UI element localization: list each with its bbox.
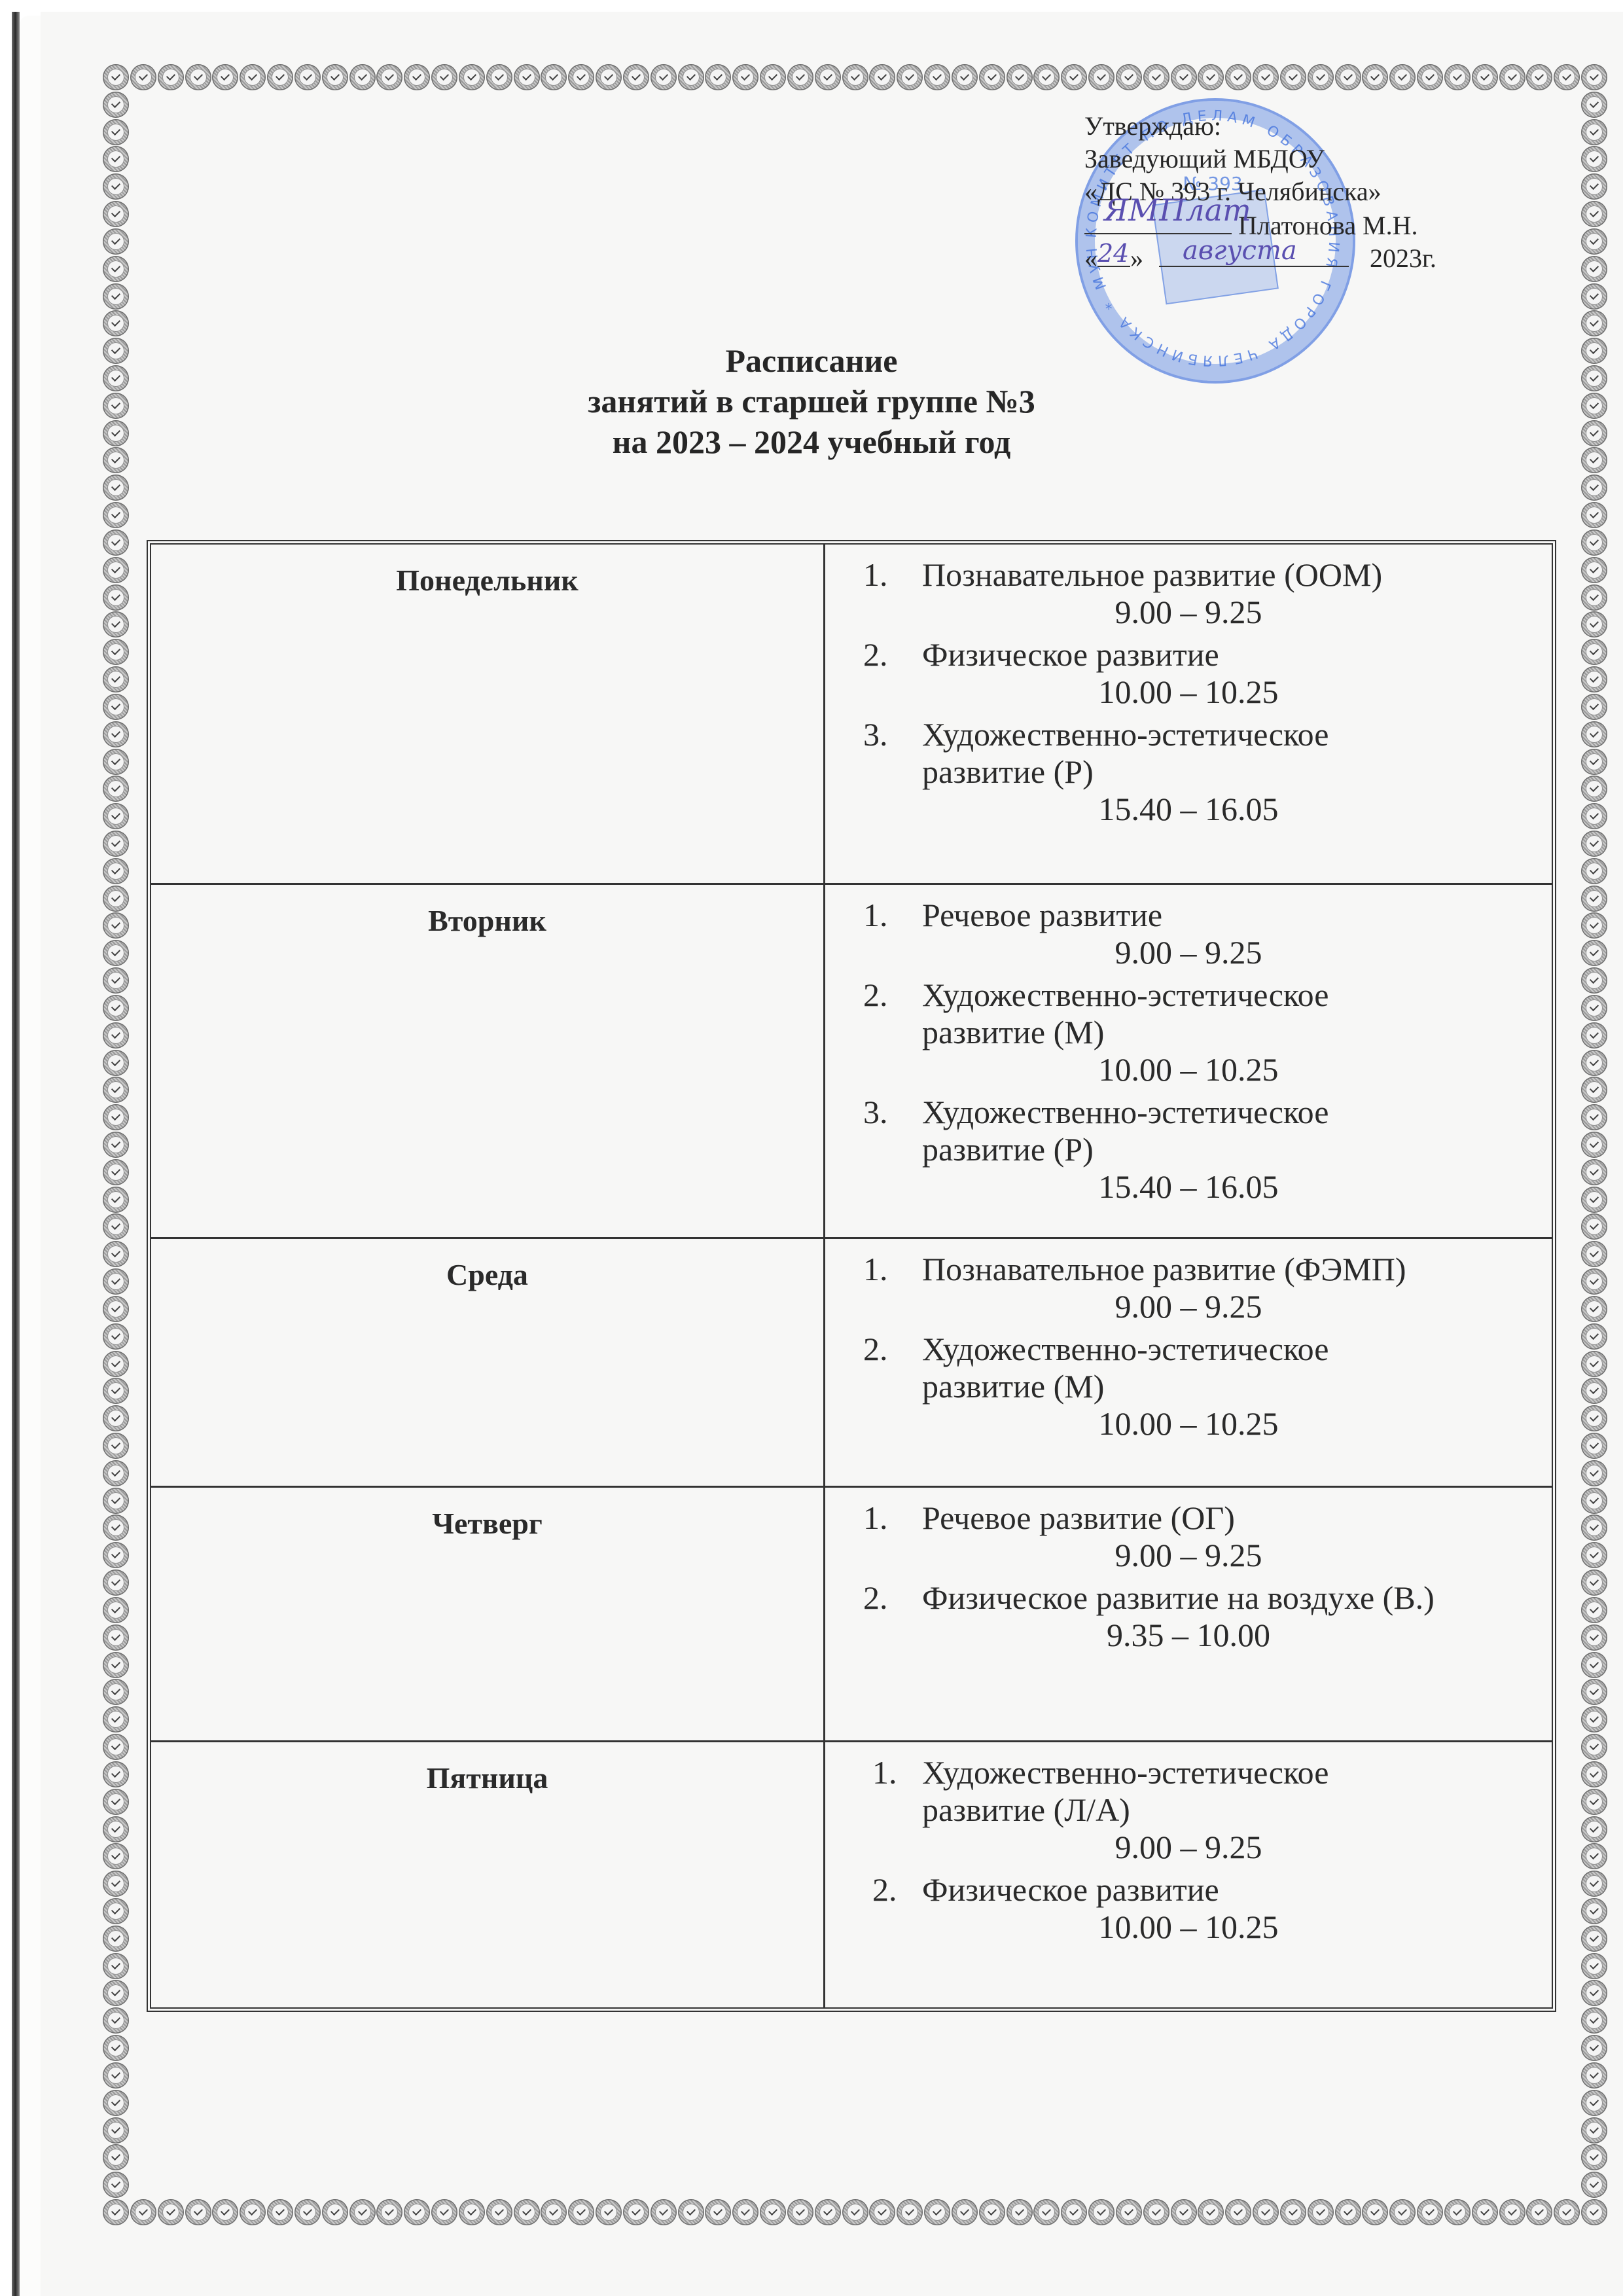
lesson-number: 1. [825, 1499, 922, 1537]
signature-line: ЯМПлат Платонова М.Н. [1084, 208, 1556, 241]
lesson-time: 10.00 – 10.25 [825, 1405, 1552, 1443]
lesson-number: 2. [825, 1331, 922, 1368]
lesson-item: 2.Физическое развитие10.00 – 10.25 [825, 1871, 1552, 1946]
lesson-item: 3.Художественно-эстетическоеразвитие (Р)… [825, 1094, 1552, 1206]
lesson-number: 1. [825, 1251, 922, 1288]
lesson-subject: Художественно-эстетическое [922, 1094, 1552, 1131]
lesson-time: 9.00 – 9.25 [825, 1537, 1552, 1574]
lesson-subject: развитие (М) [922, 1368, 1552, 1405]
lesson-time: 9.00 – 9.25 [825, 1829, 1552, 1866]
lesson-item: 1.Речевое развитие (ОГ)9.00 – 9.25 [825, 1499, 1552, 1574]
approval-date: «» 24 августа 2023г. [1084, 241, 1556, 274]
day-name: Четверг [151, 1488, 825, 1740]
lesson-subject: развитие (Р) [922, 1131, 1552, 1168]
day-name: Вторник [151, 885, 825, 1237]
lesson-number: 2. [825, 1579, 922, 1617]
schedule-row: Четверг1.Речевое развитие (ОГ)9.00 – 9.2… [151, 1486, 1552, 1740]
lessons-cell: 1.Познавательное развитие (ООМ)9.00 – 9.… [825, 545, 1552, 883]
lessons-cell: 1.Речевое развитие9.00 – 9.252.Художеств… [825, 885, 1552, 1237]
day-name: Понедельник [151, 545, 825, 883]
day-name: Пятница [151, 1742, 825, 2007]
lesson-subject: развитие (Л/А) [922, 1791, 1552, 1829]
lesson-subject: развитие (М) [922, 1014, 1552, 1051]
lessons-cell: 1.Познавательное развитие (ФЭМП)9.00 – 9… [825, 1239, 1552, 1486]
lesson-item: 1.Познавательное развитие (ООМ)9.00 – 9.… [825, 556, 1552, 631]
lesson-number [825, 1014, 922, 1051]
lesson-item: 2.Художественно-эстетическоеразвитие (М)… [825, 1331, 1552, 1443]
lesson-number: 2. [825, 1871, 922, 1909]
lesson-subject: Речевое развитие [922, 897, 1552, 934]
lesson-number: 1. [825, 1754, 922, 1791]
lesson-subject: Художественно-эстетическое [922, 977, 1552, 1014]
approver-position: Заведующий МБДОУ [1084, 143, 1556, 175]
lesson-time: 9.00 – 9.25 [825, 1288, 1552, 1325]
schedule-row: Понедельник1.Познавательное развитие (ОО… [151, 545, 1552, 883]
approval-block: Утверждаю: Заведующий МБДОУ «ДС № 393 г.… [1084, 110, 1556, 274]
lesson-time: 10.00 – 10.25 [825, 1909, 1552, 1946]
lesson-item: 3.Художественно-эстетическоеразвитие (Р)… [825, 716, 1552, 828]
lesson-item: 1.Речевое развитие9.00 – 9.25 [825, 897, 1552, 971]
schedule-row: Среда1.Познавательное развитие (ФЭМП)9.0… [151, 1237, 1552, 1486]
lesson-time: 9.00 – 9.25 [825, 934, 1552, 971]
lesson-item: 2.Физическое развитие на воздухе (В.)9.3… [825, 1579, 1552, 1654]
lesson-time: 9.35 – 10.00 [825, 1617, 1552, 1654]
lesson-subject: Физическое развитие [922, 636, 1552, 673]
lesson-item: 2.Физическое развитие10.00 – 10.25 [825, 636, 1552, 711]
title-line-2: занятий в старшей группе №3 [0, 381, 1623, 422]
day-name: Среда [151, 1239, 825, 1486]
handwritten-day: 24 [1097, 237, 1129, 270]
lesson-subject: Физическое развитие на воздухе (В.) [922, 1579, 1552, 1617]
lesson-number [825, 753, 922, 791]
lesson-time: 15.40 – 16.05 [825, 1168, 1552, 1206]
handwritten-signature: ЯМПлат [1104, 194, 1251, 226]
title-line-3: на 2023 – 2024 учебный год [0, 422, 1623, 462]
lesson-number: 3. [825, 716, 922, 753]
lesson-subject: развитие (Р) [922, 753, 1552, 791]
lesson-number: 2. [825, 977, 922, 1014]
lesson-number: 1. [825, 556, 922, 594]
lesson-subject: Познавательное развитие (ООМ) [922, 556, 1552, 594]
handwritten-month: августа [1183, 234, 1297, 267]
lesson-number [825, 1131, 922, 1168]
lesson-time: 15.40 – 16.05 [825, 791, 1552, 828]
lesson-subject: Речевое развитие (ОГ) [922, 1499, 1552, 1537]
lesson-time: 9.00 – 9.25 [825, 594, 1552, 631]
document-title: Расписание занятий в старшей группе №3 н… [0, 340, 1623, 462]
lesson-subject: Художественно-эстетическое [922, 716, 1552, 753]
title-line-1: Расписание [0, 340, 1623, 381]
lesson-number: 2. [825, 636, 922, 673]
lesson-subject: Художественно-эстетическое [922, 1754, 1552, 1791]
schedule-row: Вторник1.Речевое развитие9.00 – 9.252.Ху… [151, 883, 1552, 1237]
schedule-row: Пятница1.Художественно-эстетическоеразви… [151, 1740, 1552, 2007]
date-close-quote: » [1130, 243, 1143, 273]
lesson-item: 1.Познавательное развитие (ФЭМП)9.00 – 9… [825, 1251, 1552, 1325]
date-open-quote: « [1084, 243, 1097, 273]
date-year: 2023г. [1370, 243, 1436, 273]
lessons-cell: 1.Речевое развитие (ОГ)9.00 – 9.252.Физи… [825, 1488, 1552, 1740]
lesson-time: 10.00 – 10.25 [825, 673, 1552, 711]
lesson-item: 1.Художественно-эстетическоеразвитие (Л/… [825, 1754, 1552, 1866]
lesson-item: 2.Художественно-эстетическоеразвитие (М)… [825, 977, 1552, 1088]
lesson-number [825, 1368, 922, 1405]
schedule-table: Понедельник1.Познавательное развитие (ОО… [147, 540, 1556, 2012]
lesson-subject: Познавательное развитие (ФЭМП) [922, 1251, 1552, 1288]
lessons-cell: 1.Художественно-эстетическоеразвитие (Л/… [825, 1742, 1552, 2007]
lesson-number: 1. [825, 897, 922, 934]
lesson-subject: Художественно-эстетическое [922, 1331, 1552, 1368]
lesson-subject: Физическое развитие [922, 1871, 1552, 1909]
lesson-number: 3. [825, 1094, 922, 1131]
approve-label: Утверждаю: [1084, 110, 1556, 143]
lesson-number [825, 1791, 922, 1829]
lesson-time: 10.00 – 10.25 [825, 1051, 1552, 1088]
